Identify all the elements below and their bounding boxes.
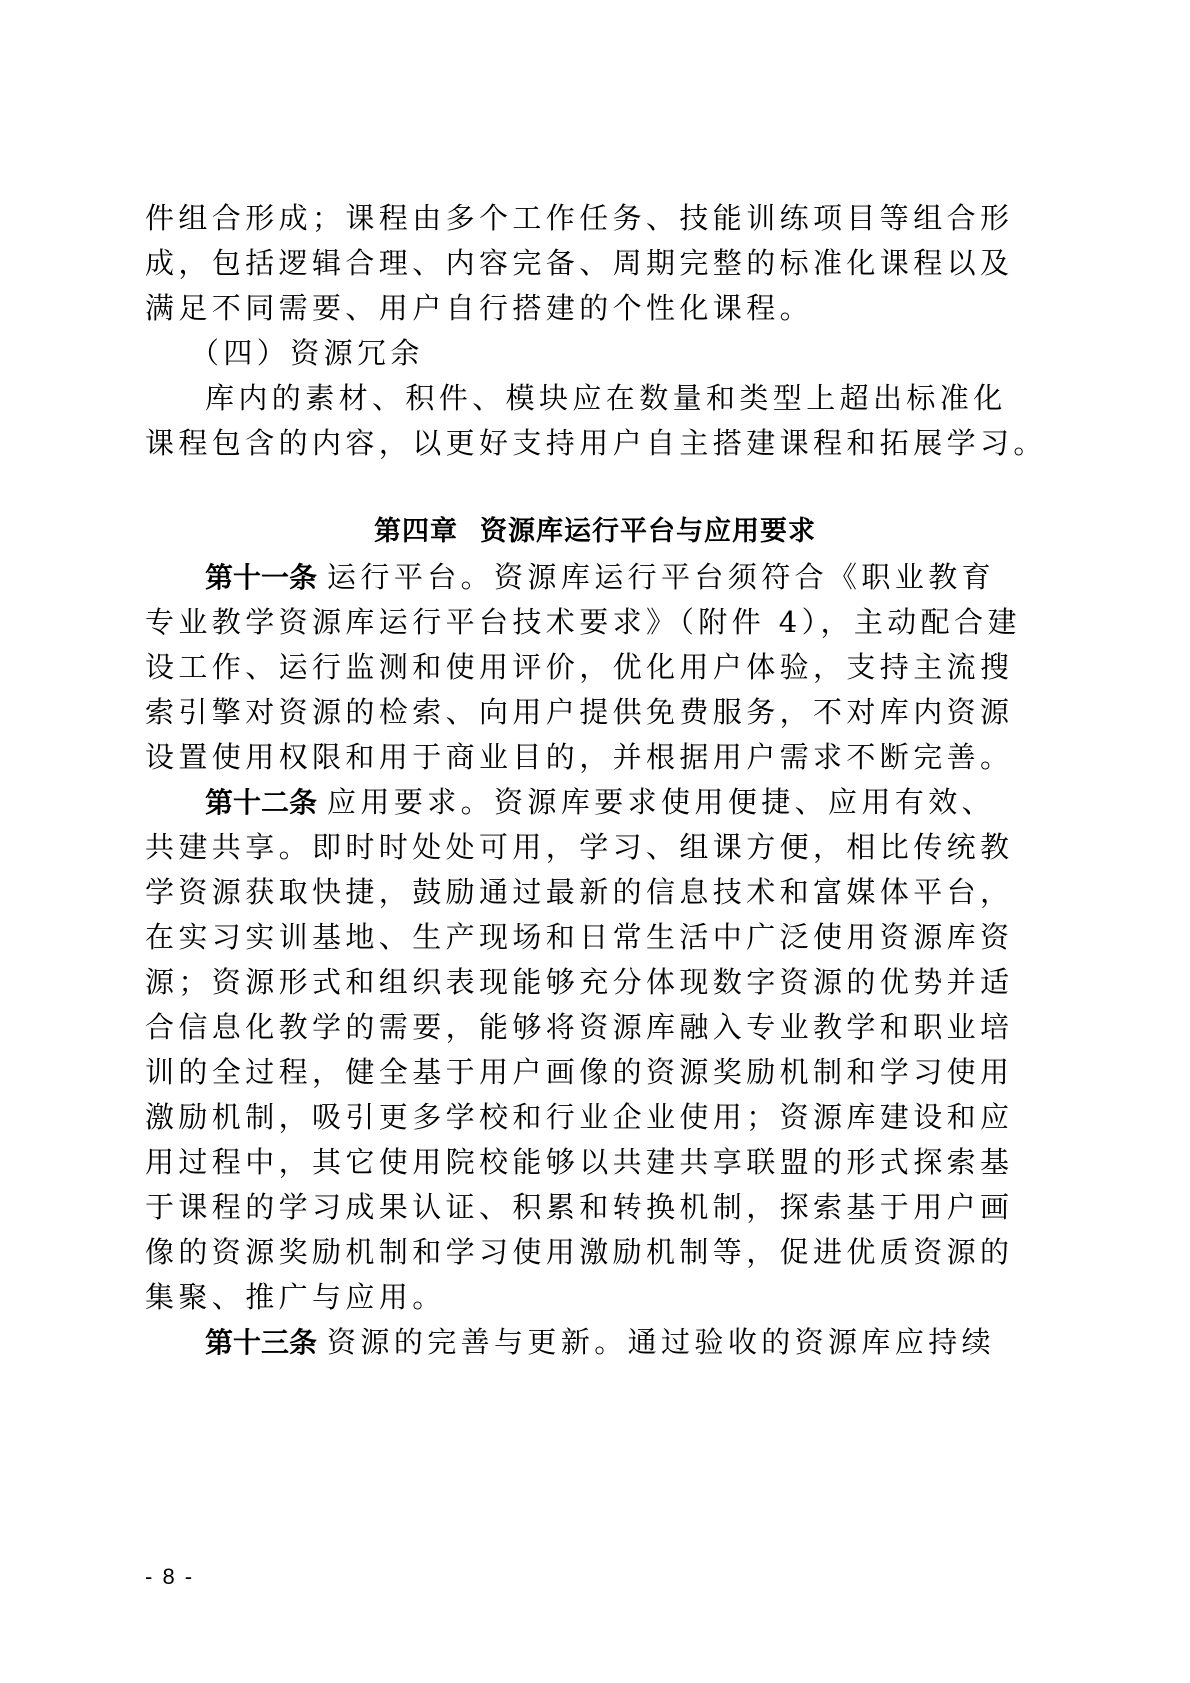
paragraph-line: 设工作、运行监测和使用评价，优化用户体验，支持主流搜 [145, 645, 967, 689]
page-number: - 8 - [145, 1562, 194, 1592]
paragraph-line: 激励机制，吸引更多学校和行业企业使用；资源库建设和应 [145, 1095, 967, 1139]
paragraph-line: 用过程中，其它使用院校能够以共建共享联盟的形式探索基 [145, 1140, 967, 1184]
paragraph-line: 在实习实训基地、生产现场和日常生活中广泛使用资源库资 [145, 915, 967, 959]
paragraph-line: 课程包含的内容，以更好支持用户自主搭建课程和拓展学习。 [145, 421, 967, 465]
paragraph-line: 件组合形成；课程由多个工作任务、技能训练项目等组合形 [145, 196, 967, 240]
paragraph-line: 源；资源形式和组织表现能够充分体现数字资源的优势并适 [145, 960, 967, 1004]
article-first-line: 第十二条应用要求。资源库要求使用便捷、应用有效、 [205, 780, 967, 824]
chapter-name: 资源库运行平台与应用要求 [480, 516, 816, 547]
article-text: 资源的完善与更新。通过验收的资源库应持续 [327, 1325, 995, 1359]
article-first-line: 第十三条资源的完善与更新。通过验收的资源库应持续 [205, 1320, 967, 1364]
paragraph-line: 专业教学资源库运行平台技术要求》（附件 4），主动配合建 [145, 600, 967, 644]
paragraph-line: 索引擎对资源的检索、向用户提供免费服务，不对库内资源 [145, 690, 967, 734]
paragraph-line: 集聚、推广与应用。 [145, 1275, 967, 1319]
article-label: 第十二条 [205, 786, 317, 819]
paragraph-line: 满足不同需要、用户自行搭建的个性化课程。 [145, 286, 967, 330]
paragraph-line: 设置使用权限和用于商业目的，并根据用户需求不断完善。 [145, 735, 967, 779]
paragraph-line: 合信息化教学的需要，能够将资源库融入专业教学和职业培 [145, 1005, 967, 1049]
document-page: 件组合形成；课程由多个工作任务、技能训练项目等组合形 成，包括逻辑合理、内容完备… [0, 0, 1190, 1683]
paragraph-line: 学资源获取快捷，鼓励通过最新的信息技术和富媒体平台， [145, 870, 967, 914]
article-text: 运行平台。资源库运行平台须符合《职业教育 [327, 560, 995, 594]
chapter-title: 第四章资源库运行平台与应用要求 [0, 508, 1190, 556]
article-first-line: 第十一条运行平台。资源库运行平台须符合《职业教育 [205, 555, 967, 599]
article-label: 第十一条 [205, 561, 317, 594]
article-label: 第十三条 [205, 1326, 317, 1359]
paragraph-line: 库内的素材、积件、模块应在数量和类型上超出标准化 [205, 376, 967, 420]
paragraph-line: 训的全过程，健全基于用户画像的资源奖励机制和学习使用 [145, 1050, 967, 1094]
chapter-number: 第四章 [374, 516, 458, 547]
paragraph-line: 成，包括逻辑合理、内容完备、周期完整的标准化课程以及 [145, 241, 967, 285]
section-heading: （四）资源冗余 [190, 331, 490, 375]
paragraph-line: 共建共享。即时时处处可用，学习、组课方便，相比传统教 [145, 825, 967, 869]
paragraph-line: 于课程的学习成果认证、积累和转换机制，探索基于用户画 [145, 1185, 967, 1229]
article-text: 应用要求。资源库要求使用便捷、应用有效、 [327, 785, 995, 819]
paragraph-line: 像的资源奖励机制和学习使用激励机制等，促进优质资源的 [145, 1230, 967, 1274]
